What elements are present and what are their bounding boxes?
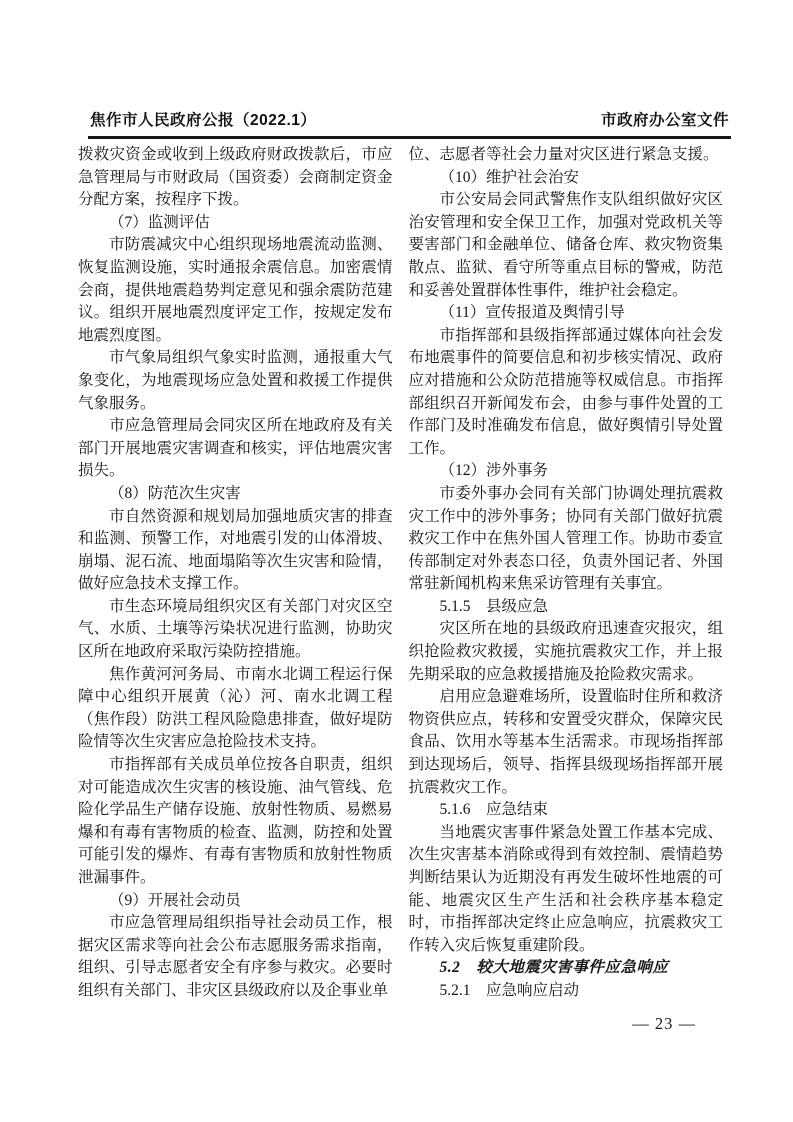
body-paragraph: 市委外事办会同有关部门协调处理抗震救灾工作中的涉外事务；协同有关部门做好抗震救灾… <box>409 483 724 596</box>
body-paragraph: 拨救灾资金或收到上级政府财政拨款后，市应急管理局与市财政局（国资委）会商制定资金… <box>78 144 393 212</box>
body-paragraph: 灾区所在地的县级政府迅速查灾报灾，组织抢险救灾救援，实施抗震救灾工作，并上报先期… <box>409 618 724 686</box>
running-header: 焦作市人民政府公报（2022.1） 市政府办公室文件 <box>90 108 729 130</box>
body-paragraph: 启用应急避难场所，设置临时住所和救济物资供应点，转移和安置受灾群众，保障灾民食品… <box>409 686 724 799</box>
gazette-page: 焦作市人民政府公报（2022.1） 市政府办公室文件 拨救灾资金或收到上级政府财… <box>0 0 793 1122</box>
section-heading: （9）开展社会动员 <box>78 890 393 913</box>
header-rule <box>88 136 731 139</box>
body-paragraph: 焦作黄河河务局、市南水北调工程运行保障中心组织开展黄（沁）河、南水北调工程（焦作… <box>78 664 393 754</box>
section-heading: （7）监测评估 <box>78 212 393 235</box>
header-section-title: 市政府办公室文件 <box>601 108 729 130</box>
body-paragraph: 市指挥部和县级指挥部通过媒体向社会发布地震事件的简要信息和初步核实情况、政府应对… <box>409 325 724 461</box>
body-paragraph: 位、志愿者等社会力量对灾区进行紧急支援。 <box>409 144 724 167</box>
section-heading: 5.2.1 应急响应启动 <box>409 980 724 1003</box>
body-paragraph: 当地震灾害事件紧急处置工作基本完成、次生灾害基本消除或得到有效控制、震情趋势判断… <box>409 822 724 958</box>
document-body: 拨救灾资金或收到上级政府财政拨款后，市应急管理局与市财政局（国资委）会商制定资金… <box>78 144 723 1003</box>
header-gazette-title: 焦作市人民政府公报（2022.1） <box>90 108 316 130</box>
section-heading: 5.2 较大地震灾害事件应急响应 <box>409 957 724 980</box>
page-number: — 23 — <box>632 1014 696 1034</box>
section-heading: （10）维护社会治安 <box>409 167 724 190</box>
section-heading: 5.1.6 应急结束 <box>409 799 724 822</box>
section-heading: （12）涉外事务 <box>409 460 724 483</box>
body-paragraph: 市防震减灾中心组织现场地震流动监测、恢复监测设施，实时通报余震信息。加密震情会商… <box>78 234 393 347</box>
section-heading: （8）防范次生灾害 <box>78 483 393 506</box>
body-paragraph: 市应急管理局组织指导社会动员工作，根据灾区需求等向社会公布志愿服务需求指南，组织… <box>78 912 393 1002</box>
body-paragraph: 市生态环境局组织灾区有关部门对灾区空气、水质、土壤等污染状况进行监测，协助灾区所… <box>78 596 393 664</box>
body-paragraph: 市应急管理局会同灾区所在地政府及有关部门开展地震灾害调查和核实，评估地震灾害损失… <box>78 415 393 483</box>
section-heading: （11）宣传报道及舆情引导 <box>409 302 724 325</box>
body-paragraph: 市自然资源和规划局加强地质灾害的排查和监测、预警工作，对地震引发的山体滑坡、崩塌… <box>78 506 393 596</box>
column-left: 拨救灾资金或收到上级政府财政拨款后，市应急管理局与市财政局（国资委）会商制定资金… <box>78 144 393 1003</box>
body-paragraph: 市气象局组织气象实时监测，通报重大气象变化，为地震现场应急处置和救援工作提供气象… <box>78 347 393 415</box>
column-right: 位、志愿者等社会力量对灾区进行紧急支援。（10）维护社会治安市公安局会同武警焦作… <box>409 144 724 1003</box>
section-heading: 5.1.5 县级应急 <box>409 596 724 619</box>
body-paragraph: 市公安局会同武警焦作支队组织做好灾区治安管理和安全保卫工作，加强对党政机关等要害… <box>409 189 724 302</box>
body-paragraph: 市指挥部有关成员单位按各自职责，组织对可能造成次生灾害的核设施、油气管线、危险化… <box>78 754 393 890</box>
